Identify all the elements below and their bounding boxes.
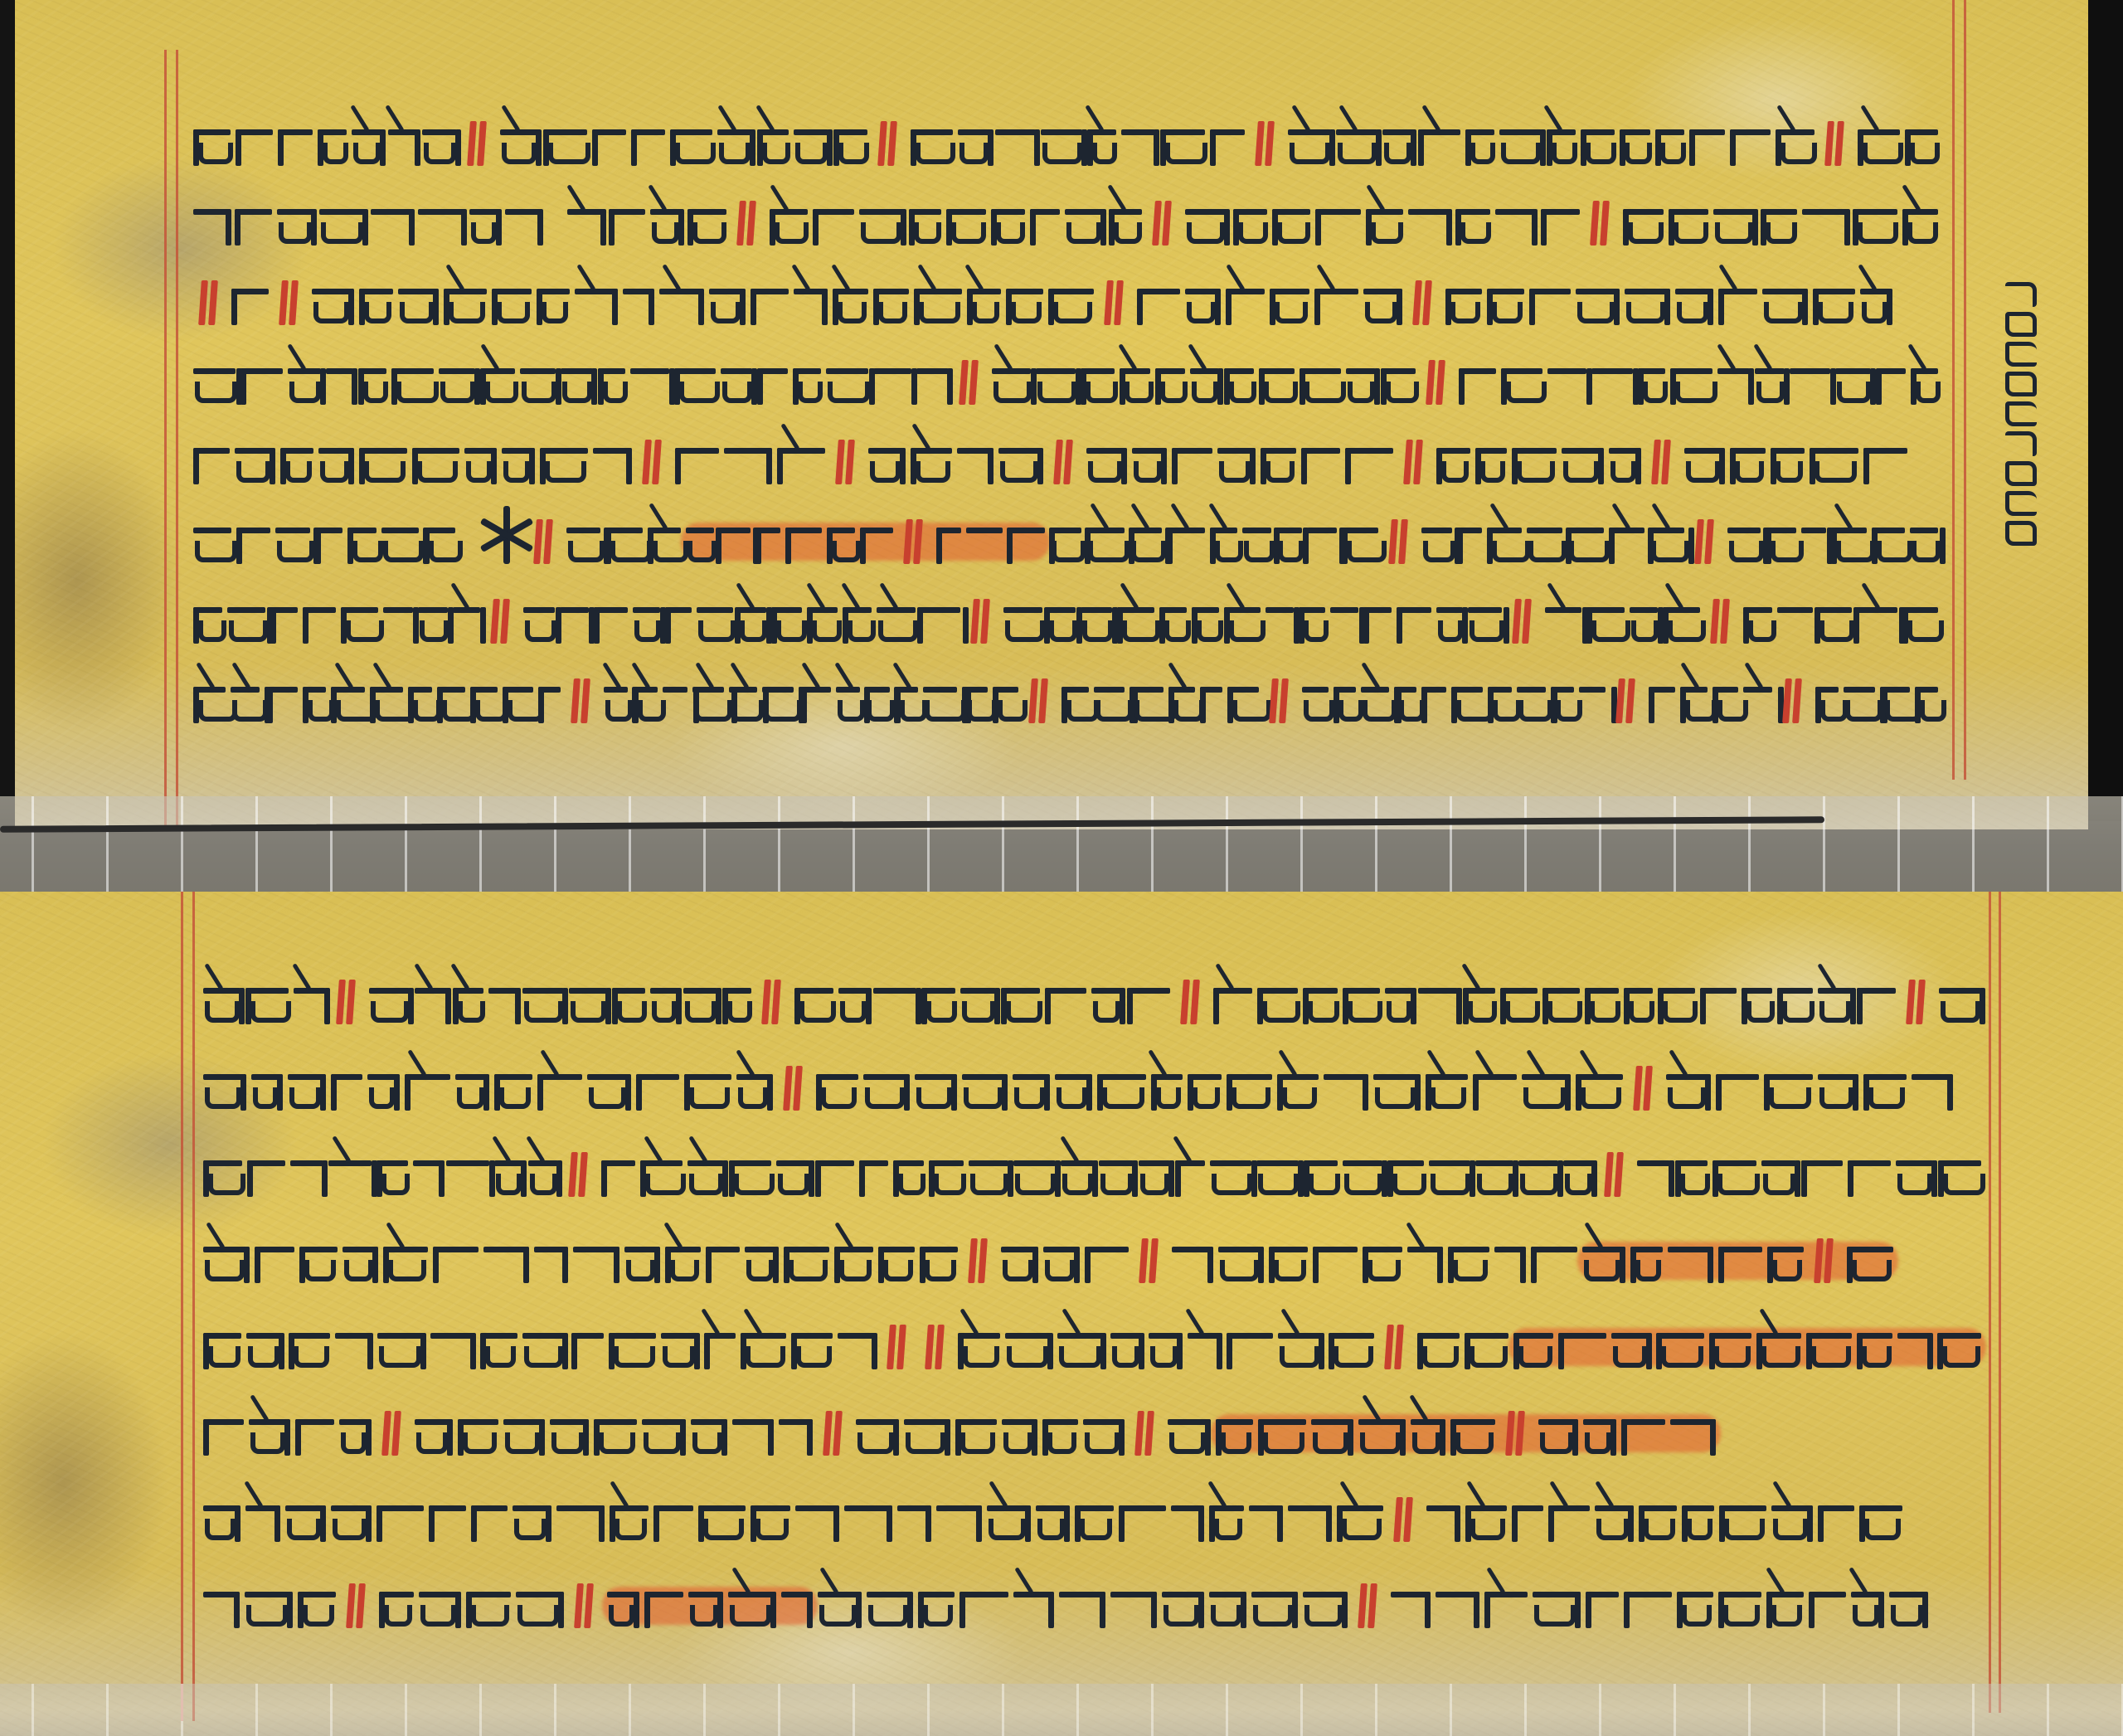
akshara-glyph [193,368,236,405]
akshara-glyph [1529,289,1571,325]
akshara-glyph [1149,1333,1182,1369]
akshara-glyph [929,1160,964,1197]
akshara-glyph [483,1247,529,1283]
akshara-glyph [1091,988,1122,1024]
akshara-glyph [1307,528,1337,564]
akshara-glyph [453,988,483,1024]
double-danda-red [1635,1066,1654,1111]
akshara-glyph [719,528,751,564]
akshara-glyph [480,368,515,405]
akshara-glyph [921,988,955,1024]
akshara-glyph [923,687,957,723]
double-danda-red [1154,201,1173,246]
akshara-glyph [503,687,533,723]
double-danda-red [738,201,758,246]
akshara-glyph [697,607,733,644]
akshara-glyph [785,528,822,564]
akshara-glyph [277,209,315,246]
akshara-glyph [418,209,464,246]
akshara-glyph [1730,129,1771,166]
akshara-glyph [203,1505,240,1542]
akshara-glyph [1538,1419,1578,1456]
akshara-glyph [633,607,660,644]
akshara-glyph [1567,528,1605,564]
akshara-glyph [1809,1592,1846,1628]
akshara-glyph [1872,528,1905,564]
akshara-glyph [1801,1160,1843,1197]
marginal-label-glyph [2005,461,2037,486]
double-danda-red [969,1238,989,1283]
marginal-label-glyph [2005,521,2037,546]
akshara-glyph [1411,1419,1445,1456]
double-danda-red [1907,980,1927,1024]
double-danda-red [1140,1238,1160,1283]
akshara-glyph [1666,1074,1711,1111]
akshara-glyph [290,1160,323,1197]
akshara-glyph [240,368,283,405]
akshara-glyph [738,607,766,644]
akshara-glyph [732,1419,774,1456]
akshara-glyph [203,988,240,1024]
akshara-glyph [1160,129,1204,166]
akshara-glyph [1495,209,1536,246]
akshara-glyph [1609,528,1644,564]
left-margin-rule [192,892,195,1721]
akshara-glyph [604,687,628,723]
akshara-glyph [1638,368,1665,405]
akshara-glyph [795,1505,839,1542]
akshara-glyph [1468,607,1503,644]
akshara-glyph [1288,129,1331,166]
akshara-glyph [1137,289,1180,325]
akshara-glyph [1050,528,1081,564]
akshara-glyph [1043,1247,1080,1283]
akshara-glyph [1086,528,1125,564]
akshara-glyph [1075,1505,1114,1542]
double-danda-red [1427,360,1447,405]
akshara-glyph [1304,1160,1338,1197]
akshara-glyph [827,528,855,564]
akshara-glyph [1512,448,1557,484]
akshara-glyph [341,607,378,644]
akshara-glyph [318,129,347,166]
akshara-glyph [1831,528,1867,564]
akshara-glyph [1730,448,1766,484]
akshara-glyph [1276,528,1302,564]
akshara-glyph [895,687,919,723]
akshara-glyph [607,1592,639,1628]
double-danda-red [1653,440,1673,484]
akshara-glyph [370,687,403,723]
akshara-glyph [522,988,564,1024]
akshara-glyph [640,1160,683,1197]
akshara-glyph [1190,368,1219,405]
akshara-glyph [289,1333,330,1369]
akshara-glyph [1802,209,1848,246]
akshara-glyph [280,448,313,484]
akshara-glyph [741,1333,786,1369]
akshara-glyph [203,1419,244,1456]
akshara-glyph [193,528,231,564]
akshara-glyph [494,1160,523,1197]
akshara-glyph [1200,687,1222,723]
akshara-glyph [721,368,752,405]
akshara-glyph [593,448,632,484]
akshara-glyph [1227,687,1260,723]
akshara-glyph [844,1505,892,1542]
akshara-glyph [1637,1160,1670,1197]
akshara-glyph [379,1592,414,1628]
akshara-glyph [1085,1247,1129,1283]
akshara-glyph [251,1074,283,1111]
akshara-glyph [1342,528,1378,564]
akshara-glyph [285,1505,326,1542]
manuscript-line [193,514,1943,564]
akshara-glyph [1766,528,1797,564]
akshara-glyph [1905,129,1938,166]
akshara-glyph [193,129,231,166]
akshara-glyph [816,1074,858,1111]
akshara-glyph [383,607,413,644]
akshara-glyph [598,368,625,405]
akshara-glyph [1381,368,1416,405]
akshara-glyph [1670,1419,1716,1456]
akshara-glyph [1457,528,1482,564]
akshara-glyph [936,1505,982,1542]
akshara-glyph [791,1333,833,1369]
akshara-glyph [1450,1419,1495,1456]
akshara-glyph [936,528,961,564]
akshara-glyph [312,289,354,325]
double-danda-red [824,1411,844,1456]
akshara-glyph [1630,607,1658,644]
akshara-glyph [1120,368,1151,405]
akshara-glyph [1366,209,1403,246]
akshara-glyph [644,1592,683,1628]
akshara-glyph [1777,607,1813,644]
akshara-glyph [569,988,607,1024]
double-danda-red [572,678,592,723]
akshara-glyph [967,289,1001,325]
akshara-glyph [916,368,948,405]
akshara-glyph [771,607,802,644]
akshara-glyph [331,1074,362,1111]
akshara-glyph [1562,448,1604,484]
akshara-glyph [966,528,1003,564]
akshara-glyph [523,607,555,644]
akshara-glyph [1397,607,1431,644]
akshara-glyph [492,289,532,325]
akshara-glyph [1863,1074,1907,1111]
akshara-glyph [1227,1074,1272,1111]
double-danda-red [926,1325,946,1369]
akshara-glyph [1488,687,1512,723]
akshara-glyph [1547,129,1576,166]
akshara-glyph [288,368,321,405]
akshara-glyph [1670,368,1712,405]
akshara-glyph [543,129,587,166]
double-danda-red [1414,280,1434,325]
akshara-glyph [1168,687,1195,723]
akshara-glyph [1451,687,1482,723]
akshara-glyph [1436,448,1470,484]
akshara-glyph [1216,1419,1253,1456]
double-danda-red [888,1325,908,1369]
akshara-glyph [661,1333,699,1369]
akshara-glyph [231,687,260,723]
akshara-glyph [794,988,833,1024]
akshara-glyph [339,1419,372,1456]
akshara-glyph [623,289,654,325]
akshara-glyph [331,1505,372,1542]
akshara-glyph [371,209,412,246]
akshara-glyph [534,1247,568,1283]
manuscript-line [193,116,1943,166]
akshara-glyph [1576,289,1620,325]
akshara-glyph [1655,129,1684,166]
akshara-glyph [377,1505,424,1542]
double-danda-red [785,1066,804,1111]
akshara-glyph [704,1333,736,1369]
akshara-glyph [571,1333,603,1369]
marginal-label-glyph [2005,372,2037,396]
bottom-folio-page [0,892,2123,1736]
double-danda-red [576,1583,595,1628]
akshara-glyph [1218,1247,1264,1283]
manuscript-line [193,435,1943,484]
akshara-glyph [1081,368,1115,405]
akshara-glyph [1475,448,1507,484]
akshara-glyph [1087,129,1115,166]
double-danda-red [1055,440,1075,484]
akshara-glyph [1302,687,1329,723]
akshara-glyph [914,289,962,325]
akshara-glyph [1624,1592,1672,1628]
akshara-glyph [193,448,230,484]
double-danda-red [1390,519,1410,564]
akshara-glyph [1620,129,1650,166]
akshara-glyph [270,607,298,644]
akshara-glyph [610,1505,649,1542]
akshara-glyph [1300,368,1342,405]
akshara-glyph [1324,1074,1368,1111]
akshara-glyph [1099,1160,1134,1197]
akshara-glyph [1576,1074,1623,1111]
akshara-glyph [1426,1074,1468,1111]
akshara-glyph [1188,1074,1222,1111]
akshara-glyph [1494,1247,1526,1283]
akshara-glyph [1777,988,1812,1024]
akshara-glyph [245,988,288,1024]
double-danda-red [1270,678,1290,723]
akshara-glyph [1742,988,1773,1024]
akshara-glyph [1813,289,1855,325]
akshara-glyph [770,209,809,246]
akshara-glyph [1522,1074,1571,1111]
akshara-glyph [1473,1074,1517,1111]
akshara-glyph [1915,687,1938,723]
manuscript-line [193,275,1943,325]
akshara-glyph [1709,1333,1751,1369]
akshara-glyph [488,988,517,1024]
akshara-glyph [762,687,794,723]
akshara-glyph [724,448,772,484]
akshara-glyph [1501,368,1542,405]
akshara-glyph [815,1160,854,1197]
akshara-glyph [1902,607,1938,644]
vertical-folio-label [2005,282,2037,546]
akshara-glyph [1086,448,1127,484]
background-edge [2088,0,2123,821]
double-danda-red [1105,280,1125,325]
akshara-glyph [236,528,270,564]
akshara-glyph [687,209,726,246]
akshara-glyph [561,368,592,405]
akshara-glyph [609,1333,656,1369]
akshara-glyph [1343,1160,1382,1197]
akshara-glyph [500,129,537,166]
akshara-glyph [670,129,713,166]
akshara-glyph [776,1160,810,1197]
akshara-glyph [413,1160,441,1197]
akshara-glyph [962,687,988,723]
double-danda-red [347,1583,367,1628]
akshara-glyph [1151,1074,1183,1111]
akshara-glyph [833,289,868,325]
akshara-glyph [1313,1247,1358,1283]
akshara-glyph [1048,289,1094,325]
akshara-glyph [1175,1160,1205,1197]
akshara-glyph [458,1419,498,1456]
akshara-glyph [1558,1333,1606,1369]
akshara-glyph [807,607,838,644]
akshara-glyph [1531,1247,1577,1283]
akshara-glyph [265,687,297,723]
akshara-glyph [1417,1333,1460,1369]
akshara-glyph [1130,528,1162,564]
akshara-glyph [1649,687,1675,723]
double-danda-red [1815,1238,1835,1283]
double-danda-red [338,980,357,1024]
akshara-glyph [1939,988,1981,1024]
double-danda-red [960,360,980,405]
akshara-glyph [419,1592,461,1628]
right-margin-rule [1999,892,2001,1713]
akshara-glyph [377,1160,407,1197]
akshara-glyph [522,1333,567,1369]
akshara-glyph [1624,988,1653,1024]
akshara-glyph [1278,1333,1324,1369]
akshara-glyph [1859,1505,1902,1542]
double-danda-red [383,1411,403,1456]
akshara-glyph [556,1505,605,1542]
left-margin-rule [181,892,183,1721]
akshara-glyph [1288,1505,1332,1542]
double-danda-red [570,1152,590,1197]
fold-tape [0,796,2123,896]
akshara-glyph [455,1074,489,1111]
double-danda-red [280,280,300,325]
manuscript-line [193,594,1943,644]
akshara-glyph [326,368,353,405]
akshara-glyph [1155,368,1185,405]
akshara-glyph [1545,607,1581,644]
akshara-glyph [1677,1592,1713,1628]
akshara-glyph [1689,129,1725,166]
akshara-glyph [1121,129,1156,166]
akshara-glyph [540,448,588,484]
akshara-glyph [1006,289,1043,325]
akshara-glyph [691,1419,727,1456]
akshara-glyph [1547,368,1586,405]
akshara-glyph [193,209,230,246]
akshara-glyph [288,1074,326,1111]
akshara-glyph [1582,1247,1625,1283]
akshara-glyph [1081,607,1111,644]
akshara-glyph [1363,1247,1402,1283]
akshara-glyph [1860,289,1892,325]
akshara-glyph [1675,289,1713,325]
akshara-glyph [911,129,953,166]
akshara-glyph [342,1247,378,1283]
marginal-label-glyph [2005,282,2037,307]
akshara-glyph [1188,1333,1222,1369]
akshara-glyph [659,289,704,325]
akshara-glyph [1858,129,1901,166]
akshara-glyph [601,1160,635,1197]
akshara-glyph [1475,1160,1513,1197]
akshara-glyph [1385,988,1413,1024]
akshara-glyph [1857,607,1897,644]
akshara-glyph [1242,528,1271,564]
akshara-glyph [1623,209,1664,246]
akshara-glyph [1700,988,1736,1024]
akshara-glyph [636,1074,679,1111]
akshara-glyph [1059,1592,1105,1628]
akshara-glyph [470,687,498,723]
akshara-glyph [1743,687,1771,723]
akshara-glyph [1857,1333,1892,1369]
akshara-glyph [1168,1419,1211,1456]
akshara-glyph [665,1247,701,1283]
akshara-glyph [962,1074,1008,1111]
akshara-glyph [1257,988,1298,1024]
akshara-glyph [959,1592,1008,1628]
akshara-glyph [624,1247,660,1283]
akshara-glyph [1343,988,1380,1024]
akshara-glyph [1030,209,1060,246]
akshara-glyph [698,1505,746,1542]
akshara-glyph [728,1592,776,1628]
akshara-glyph [915,1074,957,1111]
akshara-glyph [1718,1247,1762,1283]
marginal-label-glyph [2005,431,2037,456]
akshara-glyph [818,1592,862,1628]
akshara-glyph [594,607,628,644]
akshara-glyph [1717,368,1749,405]
akshara-glyph [249,1419,290,1456]
akshara-glyph [1755,368,1785,405]
akshara-glyph [960,988,996,1024]
akshara-glyph [873,988,916,1024]
akshara-glyph [1171,1505,1204,1542]
akshara-glyph [1801,528,1826,564]
akshara-glyph [299,1247,338,1283]
akshara-glyph [859,1160,889,1197]
akshara-glyph [1857,988,1896,1024]
akshara-glyph [688,1592,723,1628]
akshara-glyph [1591,368,1633,405]
